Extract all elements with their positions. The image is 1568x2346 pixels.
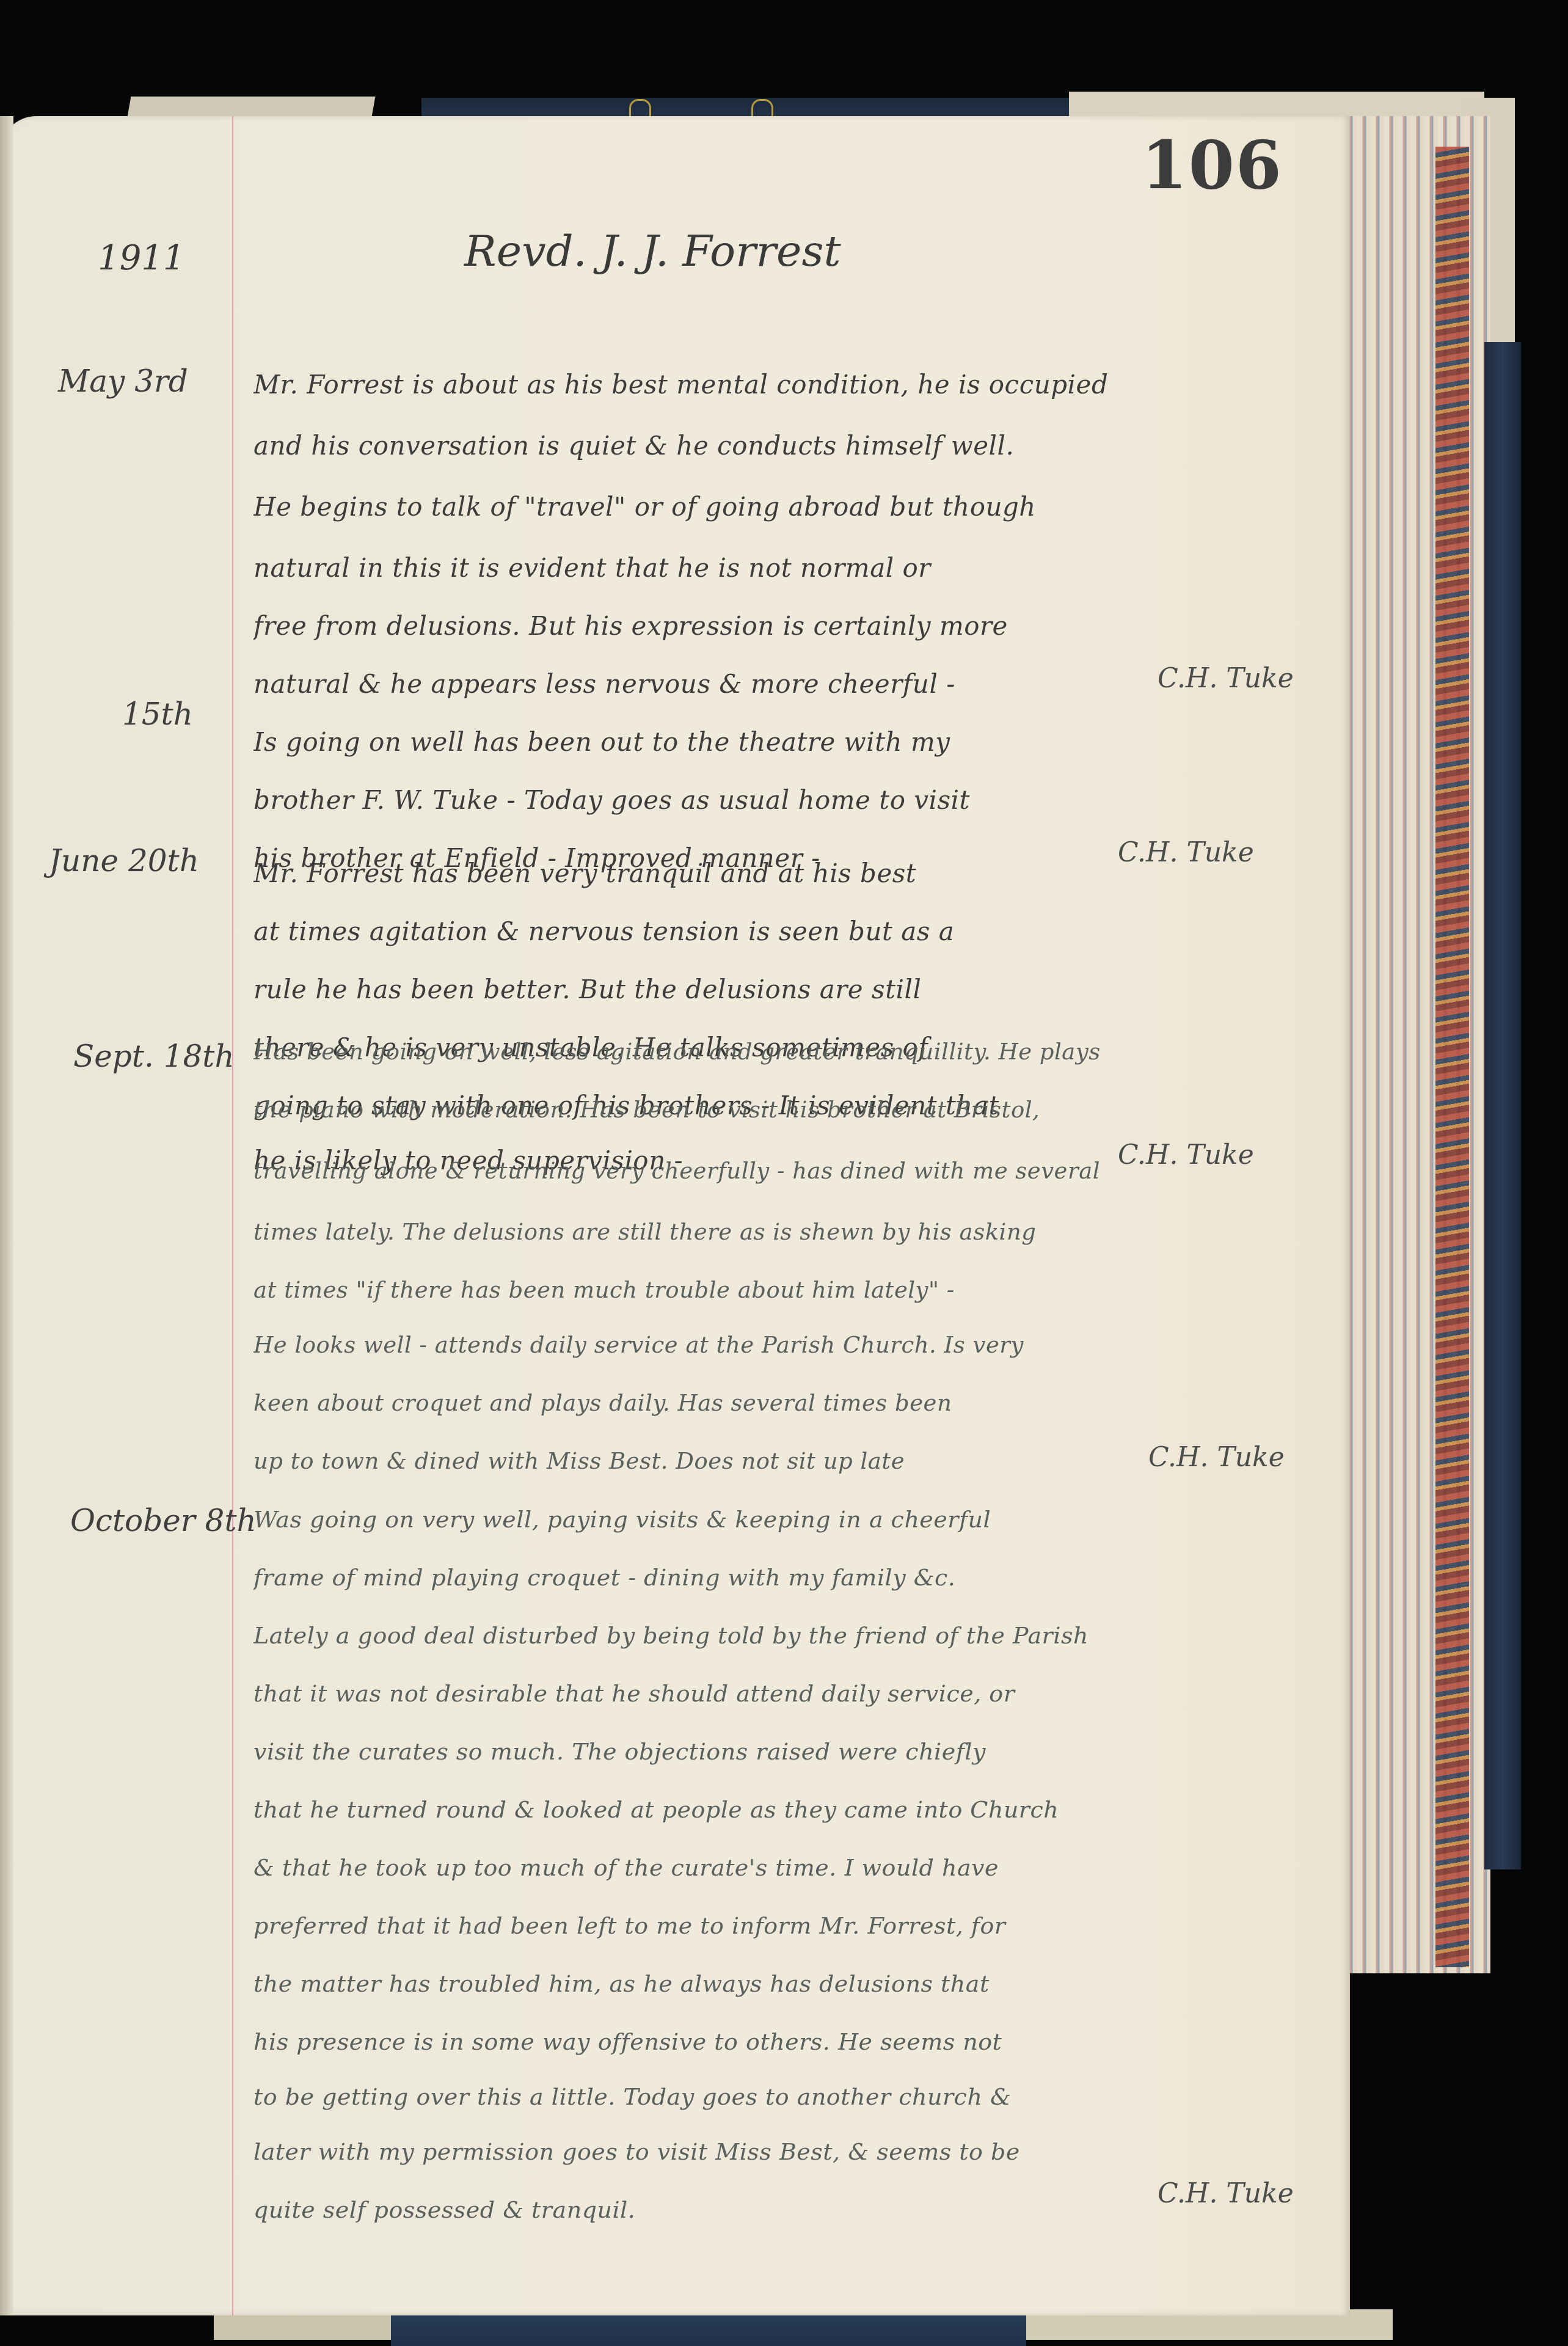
entry-line: Mr. Forrest is about as his best mental … (253, 370, 1329, 400)
entry-line: & that he took up too much of the curate… (253, 1854, 1329, 1881)
entry-line: up to town & dined with Miss Best. Does … (253, 1448, 1048, 1474)
entry-date: Sept. 18th (73, 1039, 235, 1074)
page-number: 106 (1142, 127, 1283, 204)
entry-line: at times agitation & nervous tension is … (253, 916, 1329, 946)
entry-line: He begins to talk of "travel" or of goin… (253, 492, 1329, 522)
entry-line: preferred that it had been left to me to… (253, 1912, 1329, 1939)
entry-line: visit the curates so much. The objection… (253, 1738, 1329, 1765)
margin-rule (232, 116, 233, 2315)
entry-line: natural in this it is evident that he is… (253, 553, 1329, 583)
ledger-page: 106 1911 Revd. J. J. Forrest May 3rd Mr.… (0, 116, 1350, 2315)
entry-line: Mr. Forrest has been very tranquil and a… (253, 858, 1329, 888)
entry-line: rule he has been better. But the delusio… (253, 974, 1329, 1004)
entry-line: Is going on well has been out to the the… (253, 727, 1329, 757)
patient-heading: Revd. J. J. Forrest (464, 226, 841, 276)
marbled-edge (1435, 147, 1469, 1967)
entry-line: brother F. W. Tuke - Today goes as usual… (253, 785, 1329, 815)
entry-line: the piano with moderation. Has been to v… (253, 1097, 1329, 1123)
entry-line: his presence is in some way offensive to… (253, 2028, 1329, 2055)
entry-date: June 20th (49, 843, 199, 879)
cloth-cover-edge (1484, 342, 1521, 1869)
entry-line: Has been going on well, less agitation a… (253, 1039, 1329, 1065)
signature: C.H. Tuke (1158, 663, 1294, 694)
entry-line: quite self possessed & tranquil. (253, 2196, 803, 2223)
entry-line: to be getting over this a little. Today … (253, 2083, 1329, 2110)
entry-line: travelling alone & returning very cheerf… (253, 1158, 1329, 1184)
year-label: 1911 (98, 238, 185, 278)
signature: C.H. Tuke (1158, 2178, 1294, 2209)
entry-line: natural & he appears less nervous & more… (253, 669, 1109, 699)
entry-line: that it was not desirable that he should… (253, 1680, 1329, 1707)
entry-line: frame of mind playing croquet - dining w… (253, 1564, 1329, 1591)
entry-line: and his conversation is quiet & he condu… (253, 431, 1329, 461)
entry-line: at times "if there has been much trouble… (253, 1277, 1329, 1303)
entry-line: Lately a good deal disturbed by being to… (253, 1622, 1329, 1649)
gutter-shadow (0, 116, 13, 2315)
entry-line: He looks well - attends daily service at… (253, 1332, 1329, 1358)
entry-line: times lately. The delusions are still th… (253, 1219, 1329, 1245)
entry-line: free from delusions. But his expression … (253, 611, 1329, 641)
entry-date: October 8th (70, 1503, 257, 1538)
entry-line: the matter has troubled him, as he alway… (253, 1970, 1329, 1997)
entry-line: later with my permission goes to visit M… (253, 2138, 1329, 2165)
entry-date: 15th (122, 696, 193, 732)
entry-date: May 3rd (58, 364, 188, 399)
entry-line: Was going on very well, paying visits & … (253, 1506, 1329, 1533)
signature: C.H. Tuke (1148, 1442, 1285, 1473)
page-fore-edge-stack (1344, 116, 1490, 1973)
entry-line: keen about croquet and plays daily. Has … (253, 1390, 1329, 1416)
entry-line: that he turned round & looked at people … (253, 1796, 1329, 1823)
